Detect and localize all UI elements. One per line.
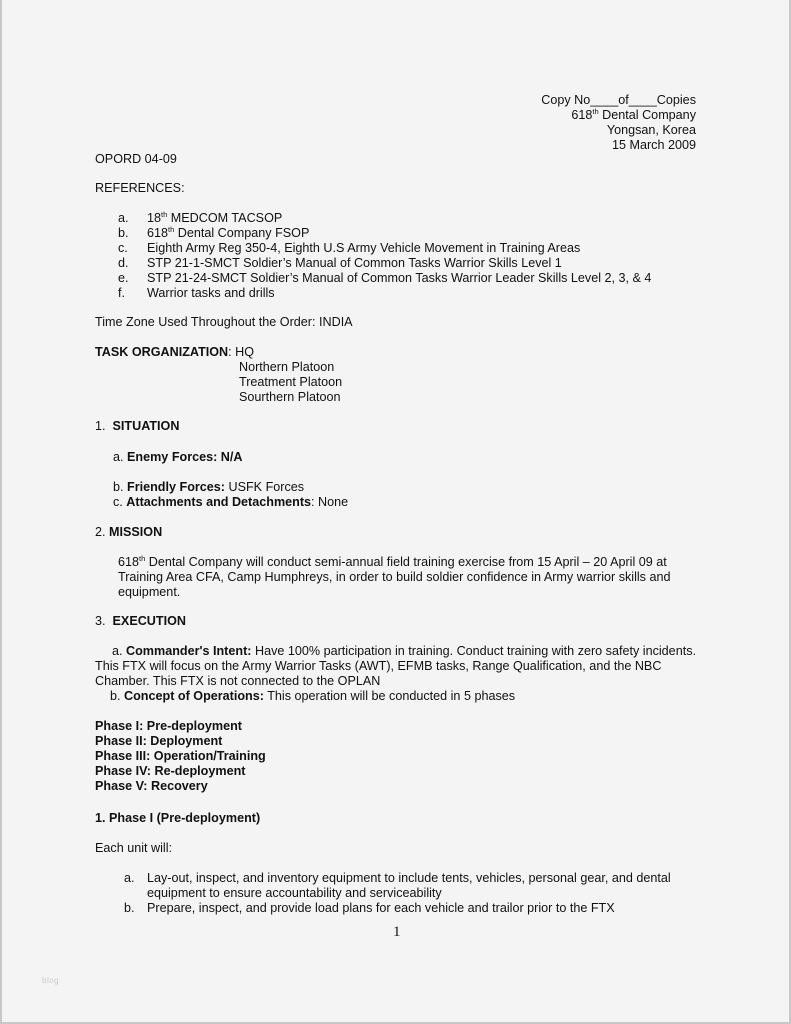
task-organization-label: TASK ORGANIZATION bbox=[95, 345, 228, 359]
unit-name: 618th Dental Company bbox=[541, 108, 696, 123]
phase-item: Phase II: Deployment bbox=[95, 734, 222, 749]
mission-statement: 618th Dental Company will conduct semi-a… bbox=[118, 555, 698, 600]
task-org-unit: Sourthern Platoon bbox=[239, 390, 341, 405]
location: Yongsan, Korea bbox=[541, 123, 696, 138]
phase-item: Phase I: Pre-deployment bbox=[95, 719, 242, 734]
task-org-unit: Treatment Platoon bbox=[239, 375, 342, 390]
situation-heading: 1. SITUATION bbox=[95, 419, 179, 434]
order-date: 15 March 2009 bbox=[541, 138, 696, 153]
task-item-text: Lay-out, inspect, and inventory equipmen… bbox=[147, 871, 702, 901]
copy-number-line: Copy No____of____Copies bbox=[541, 93, 696, 108]
phase1-heading: 1. Phase I (Pre-deployment) bbox=[95, 811, 260, 826]
friendly-forces: b. Friendly Forces: USFK Forces bbox=[113, 480, 304, 495]
attachments-detachments: c. Attachments and Detachments: None bbox=[113, 495, 348, 510]
phase-item: Phase III: Operation/Training bbox=[95, 749, 266, 764]
task-org-unit: HQ bbox=[235, 345, 254, 359]
time-zone-line: Time Zone Used Throughout the Order: IND… bbox=[95, 315, 353, 330]
commanders-intent: a. Commander's Intent: Have 100% partici… bbox=[95, 644, 700, 689]
page-number: 1 bbox=[393, 925, 401, 940]
enemy-forces: a. Enemy Forces: N/A bbox=[113, 450, 243, 465]
opord-title: OPORD 04-09 bbox=[95, 152, 177, 167]
concept-of-operations: b. Concept of Operations: This operation… bbox=[110, 689, 515, 704]
watermark: blog bbox=[42, 973, 59, 988]
header-block: Copy No____of____Copies 618th Dental Com… bbox=[541, 93, 696, 153]
phase-item: Phase IV: Re-deployment bbox=[95, 764, 245, 779]
mission-heading: 2. MISSION bbox=[95, 525, 162, 540]
document-page: Copy No____of____Copies 618th Dental Com… bbox=[0, 0, 791, 1024]
phase1-intro: Each unit will: bbox=[95, 841, 172, 856]
task-org-unit: Northern Platoon bbox=[239, 360, 334, 375]
references-title: REFERENCES: bbox=[95, 181, 185, 196]
phase-item: Phase V: Recovery bbox=[95, 779, 208, 794]
execution-heading: 3. EXECUTION bbox=[95, 614, 186, 629]
task-organization: TASK ORGANIZATION: HQ bbox=[95, 345, 254, 360]
